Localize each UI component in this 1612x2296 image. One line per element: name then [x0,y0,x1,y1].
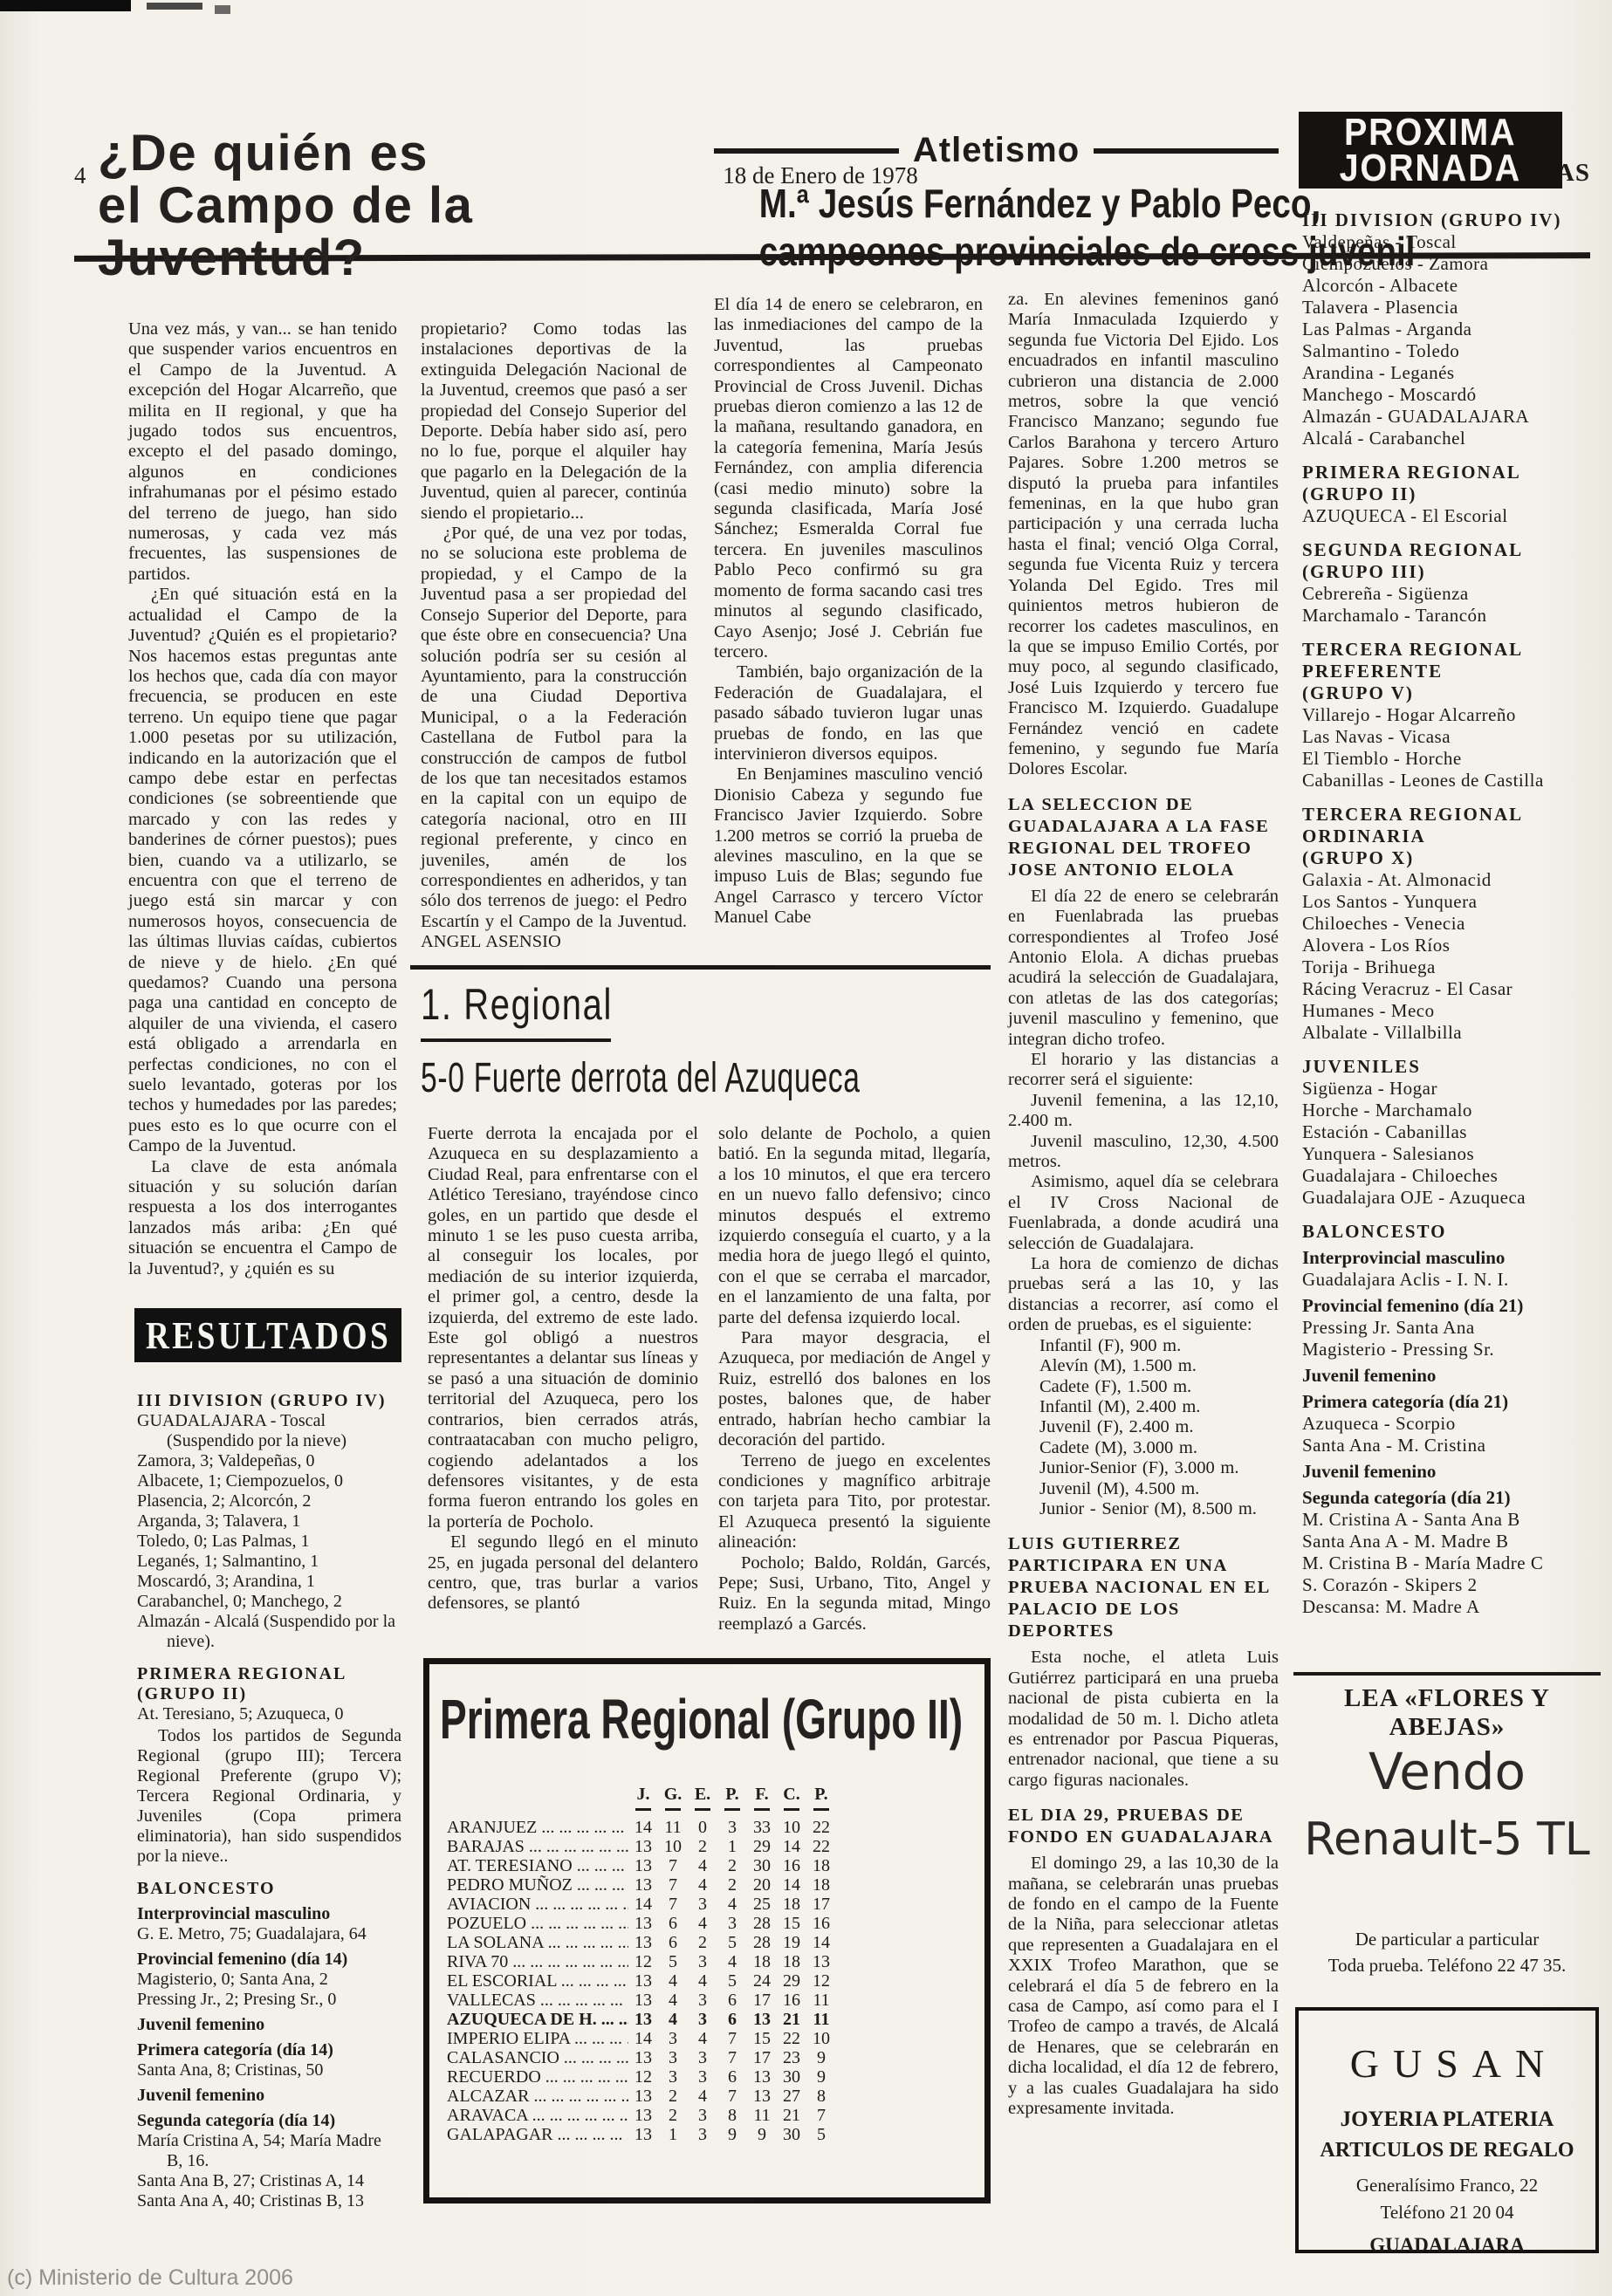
fixture-line: (GRUPO III) [1302,561,1592,583]
fixture-line: Guadalajara - Chiloeches [1302,1165,1592,1187]
team-points: 13 [806,1952,836,1971]
standings-row: RECUERDO ... ... ... ... ... 12 3 3 6 13… [447,2067,967,2087]
result-line: Santa Ana B, 27; Cristinas A, 14 [137,2171,401,2191]
article-campo-col2: propietario? Como todas las instalacione… [421,319,687,953]
fixture-line: Albalate - Villalbilla [1302,1022,1592,1044]
fixture-line: Estación - Cabanillas [1302,1121,1592,1143]
result-line: María Cristina A, 54; María Madre B, 16. [137,2131,401,2171]
team-won: 5 [658,1952,688,1971]
standings-col-p: P. [717,1785,747,1811]
fixture-line: Marchamalo - Tarancón [1302,605,1592,627]
team-points: 22 [806,1837,836,1856]
lea-rule [1293,1672,1601,1676]
paragraph: solo delante de Pocholo, a quien batió. … [718,1124,991,1328]
fixture-line: (GRUPO X) [1302,847,1592,869]
newspaper-page: 4 18 de Enero de 1978 FLORES Y ABEJAS ¿D… [0,0,1612,2296]
result-line: Santa Ana A, 40; Cristinas B, 13 [137,2191,401,2211]
paragraph: Terreno de juego en excelentes condicion… [718,1451,991,1553]
team-lost: 5 [717,1933,747,1952]
fixture-line: Guadalajara OJE - Azuqueca [1302,1187,1592,1209]
fixture-line: Humanes - Meco [1302,1000,1592,1022]
fixture-line: Galaxia - At. Almonacid [1302,869,1592,891]
fixture-line: Alcorcón - Albacete [1302,275,1592,297]
team-goals-against: 15 [777,1914,806,1933]
scan-artifact [147,3,202,10]
standings-row: IMPERIO ELIPA ... ... ... ... 14 3 4 7 1… [447,2029,967,2048]
team-lost: 7 [717,2087,747,2106]
team-points: 22 [806,1818,836,1837]
regional-col2: solo delante de Pocholo, a quien batió. … [718,1124,991,1635]
team-won: 3 [658,2067,688,2087]
team-name: AVIACION ... ... ... ... ... ... [447,1895,628,1914]
paragraph: Cadete (M), 3.000 m. [1008,1438,1279,1458]
team-goals-against: 21 [777,2010,806,2029]
team-lost: 7 [717,2029,747,2048]
fixture-line: Manchego - Moscardó [1302,384,1592,406]
gusan-ad-line1: JOYERIA PLATERIA [1299,2108,1595,2132]
fixture-line: Descansa: M. Madre A [1302,1596,1592,1618]
renault-ad-line2: Renault-5 TL [1293,1813,1601,1866]
team-won: 6 [658,1933,688,1952]
scan-artifact [0,0,131,11]
regional-top-rule [410,965,991,970]
fixture-line: Guadalajara Aclis - I. N. I. [1302,1269,1592,1291]
team-drawn: 3 [688,2125,717,2144]
team-goals-against: 30 [777,2125,806,2144]
team-played: 13 [628,2125,658,2144]
result-line: Moscardó, 3; Arandina, 1 [137,1572,401,1592]
team-name: GALAPAGAR ... ... ... ... ... [447,2125,628,2144]
team-drawn: 3 [688,1895,717,1914]
team-played: 12 [628,1952,658,1971]
team-goals-against: 18 [777,1895,806,1914]
standings-box: Primera Regional (Grupo II) J. G. E. P. … [423,1658,991,2203]
team-goals-against: 16 [777,1856,806,1875]
team-points: 17 [806,1895,836,1914]
paragraph: El día 14 de enero se celebraron, en las… [714,295,983,662]
standings-row: CALASANCIO ... ... ... ... ... 13 3 3 7 … [447,2048,967,2067]
proxima-jornada-line: JORNADA [1340,150,1521,186]
fixture-line: Juvenil femenino [1302,1365,1592,1387]
team-won: 4 [658,2010,688,2029]
team-goals-against: 14 [777,1875,806,1895]
team-goals-for: 18 [747,1952,777,1971]
result-line: Leganés, 1; Salmantino, 1 [137,1552,401,1572]
team-won: 11 [658,1818,688,1837]
team-points: 11 [806,2010,836,2029]
paragraph: za. En alevines femeninos ganó María Inm… [1008,290,1279,780]
team-lost: 5 [717,1971,747,1991]
paragraph: Fuerte derrota la encajada por el Azuque… [428,1124,698,1532]
fixture-line: III DIVISION (GRUPO IV) [1302,209,1592,231]
article-campo-col1: Una vez más, y van... se han tenido que … [128,319,397,1279]
team-drawn: 3 [688,2010,717,2029]
fixture-line: Pressing Jr. Santa Ana [1302,1317,1592,1339]
team-won: 7 [658,1856,688,1875]
result-line: Carabanchel, 0; Manchego, 2 [137,1592,401,1612]
team-lost: 7 [717,2048,747,2067]
team-drawn: 4 [688,1856,717,1875]
result-line: Magisterio, 0; Santa Ana, 2 [137,1970,401,1990]
fixture-line: JUVENILES [1302,1056,1592,1078]
team-points: 8 [806,2087,836,2106]
team-points: 18 [806,1875,836,1895]
fixture-line: (GRUPO V) [1302,682,1592,704]
standings-header: J. G. E. P. F. C. P. [447,1785,967,1811]
team-goals-against: 22 [777,2029,806,2048]
paragraph: El día 22 de enero se celebrarán en Fuen… [1008,887,1279,1050]
result-line: Pressing Jr., 2; Presing Sr., 0 [137,1990,401,2010]
paragraph: Juvenil femenina, a las 12,10, 2.400 m. [1008,1091,1279,1132]
paragraph: Para mayor desgracia, el Azuqueca, por m… [718,1328,991,1450]
team-played: 13 [628,1914,658,1933]
paragraph: La clave de esta anómala situación y su … [128,1157,397,1279]
paragraph: ¿Por qué, de una vez por todas, no se so… [421,524,687,953]
team-lost: 4 [717,1952,747,1971]
paragraph: Asimismo, aquel día se celebrara el IV C… [1008,1172,1279,1254]
standings-row: VALLECAS ... ... ... ... ... ... 13 4 3 … [447,1991,967,2010]
article-campo-title-line: Juventud? [98,232,517,284]
resultados-header: RESULTADOS [145,1313,390,1358]
paragraph: Una vez más, y van... se han tenido que … [128,319,397,585]
team-drawn: 4 [688,2087,717,2106]
result-line: Plasencia, 2; Alcorcón, 2 [137,1491,401,1511]
fixture-line: Salmantino - Toledo [1302,340,1592,362]
team-points: 7 [806,2106,836,2125]
fixture-line: PRIMERA REGIONAL [1302,462,1592,483]
result-line: BALONCESTO [137,1879,401,1899]
standings-row: AVIACION ... ... ... ... ... ... 14 7 3 … [447,1895,967,1914]
paragraph: El segundo llegó en el minuto 25, en jug… [428,1532,698,1614]
team-goals-for: 13 [747,2067,777,2087]
fixture-line: El Tiemblo - Horche [1302,748,1592,770]
team-name: RIVA 70 ... ... ... ... ... ... ... [447,1952,628,1971]
result-line: Arganda, 3; Talavera, 1 [137,1511,401,1532]
result-line: Albacete, 1; Ciempozuelos, 0 [137,1471,401,1491]
team-goals-for: 13 [747,2010,777,2029]
result-line: Primera categoría (día 14) [137,2040,401,2060]
team-goals-for: 29 [747,1837,777,1856]
paragraph: En Benjamines masculino venció Dionisio … [714,764,983,928]
team-played: 13 [628,1856,658,1875]
renault-ad-line3: De particular a particular [1293,1929,1601,1950]
team-name: LA SOLANA ... ... ... ... ... ... [447,1933,628,1952]
regional-col1: Fuerte derrota la encajada por el Azuque… [428,1124,698,1614]
paragraph: Junior - Senior (M), 8.500 m. [1008,1499,1279,1519]
team-name: PEDRO MUÑOZ ... ... ... ... [447,1875,628,1895]
fixture-line: Segunda categoría (día 21) [1302,1487,1592,1509]
result-line: Todos los partidos de Segunda Regional (… [137,1726,401,1867]
team-played: 13 [628,1971,658,1991]
team-goals-against: 14 [777,1837,806,1856]
gusan-ad-line2: ARTICULOS DE REGALO [1299,2139,1595,2162]
paragraph: LUIS GUTIERREZ PARTICIPARA EN UNA PRUEBA… [1008,1533,1279,1642]
team-won: 3 [658,2048,688,2067]
team-lost: 9 [717,2125,747,2144]
team-won: 1 [658,2125,688,2144]
team-played: 14 [628,1818,658,1837]
fixture-line: Las Navas - Vicasa [1302,726,1592,748]
proxima-list: III DIVISION (GRUPO IV)Valdepeñas - Tosc… [1302,197,1592,1618]
team-points: 10 [806,2029,836,2048]
team-won: 7 [658,1875,688,1895]
atletismo-col2: za. En alevines femeninos ganó María Inm… [1008,290,1279,2119]
team-won: 4 [658,1991,688,2010]
result-line: At. Teresiano, 5; Azuqueca, 0 [137,1704,401,1724]
team-points: 12 [806,1971,836,1991]
team-points: 14 [806,1933,836,1952]
result-line: (GRUPO II) [137,1684,401,1704]
team-goals-for: 9 [747,2125,777,2144]
team-goals-against: 10 [777,1818,806,1837]
paragraph: Alevín (M), 1.500 m. [1008,1356,1279,1376]
team-played: 13 [628,2087,658,2106]
paragraph: Junior-Senior (F), 3.000 m. [1008,1458,1279,1478]
atletismo-kicker-row: Atletismo [714,131,1279,170]
team-lost: 6 [717,1991,747,2010]
gusan-ad-box: GUSAN JOYERIA PLATERIA ARTICULOS DE REGA… [1295,2007,1599,2253]
fixture-line: Torija - Brihuega [1302,956,1592,978]
team-goals-for: 25 [747,1895,777,1914]
team-won: 7 [658,1895,688,1914]
team-lost: 6 [717,2067,747,2087]
team-points: 11 [806,1991,836,2010]
team-points: 9 [806,2048,836,2067]
fixture-line: SEGUNDA REGIONAL [1302,539,1592,561]
renault-ad-line4: Toda prueba. Teléfono 22 47 35. [1293,1955,1601,1977]
team-lost: 2 [717,1856,747,1875]
fixture-line: BALONCESTO [1302,1221,1592,1243]
atletismo-kicker: Atletismo [913,131,1080,170]
standings-col-g: G. [658,1785,688,1811]
team-drawn: 4 [688,2029,717,2048]
atletismo-headline-line: M.ª Jesús Fernández y Pablo Peco, [759,180,1233,228]
team-lost: 6 [717,2010,747,2029]
standings-row: LA SOLANA ... ... ... ... ... ... 13 6 2… [447,1933,967,1952]
team-name: VALLECAS ... ... ... ... ... ... [447,1991,628,2010]
standings-row: EL ESCORIAL ... ... ... ... ... 13 4 4 5… [447,1971,967,1991]
paragraph: El horario y las distancias a recorrer s… [1008,1050,1279,1091]
fixture-line: Valdepeñas - Toscal [1302,231,1592,253]
team-points: 18 [806,1856,836,1875]
regional-headline: 5-0 Fuerte derrota del Azuqueca [421,1054,861,1102]
standings-row: ALCAZAR ... ... ... ... ... ... ... 13 2… [447,2087,967,2106]
team-goals-against: 23 [777,2048,806,2067]
team-goals-against: 27 [777,2087,806,2106]
atletismo-col1: El día 14 de enero se celebraron, en las… [714,295,983,929]
paragraph: propietario? Como todas las instalacione… [421,319,687,524]
team-goals-against: 19 [777,1933,806,1952]
team-goals-against: 29 [777,1971,806,1991]
regional-kicker-underline [421,1038,611,1042]
result-line: Provincial femenino (día 14) [137,1950,401,1970]
team-drawn: 0 [688,1818,717,1837]
fixture-line: Cebrereña - Sigüenza [1302,583,1592,605]
fixture-line: Interprovincial masculino [1302,1247,1592,1269]
fixture-line: Yunquera - Salesianos [1302,1143,1592,1165]
team-name: EL ESCORIAL ... ... ... ... ... [447,1971,628,1991]
proxima-jornada-line: PROXIMA [1344,114,1516,150]
paragraph: Juvenil masculino, 12,30, 4.500 metros. [1008,1132,1279,1173]
fixture-line: Primera categoría (día 21) [1302,1391,1592,1413]
fixture-line: Alcalá - Carabanchel [1302,428,1592,449]
fixture-line: Juvenil femenino [1302,1461,1592,1483]
team-drawn: 3 [688,2106,717,2125]
team-played: 13 [628,2010,658,2029]
team-lost: 8 [717,2106,747,2125]
team-goals-for: 28 [747,1914,777,1933]
standings-row: POZUELO ... ... ... ... ... ... 13 6 4 3… [447,1914,967,1933]
resultados-list: III DIVISION (GRUPO IV)GUADALAJARA - Tos… [137,1379,401,2211]
team-drawn: 2 [688,1837,717,1856]
paragraph: La hora de comienzo de dichas pruebas se… [1008,1254,1279,1336]
result-line: III DIVISION (GRUPO IV) [137,1391,401,1411]
gusan-ad-line3: Generalísimo Franco, 22 [1299,2175,1595,2197]
standings-rows: ARANJUEZ ... ... ... ... ... ... 14 11 0… [447,1818,967,2144]
fixture-line: Ciempozuelos - Zamora [1302,253,1592,275]
team-drawn: 3 [688,1952,717,1971]
article-campo-title-line: ¿De quién es [98,127,517,180]
team-won: 2 [658,2087,688,2106]
atletismo-headline: M.ª Jesús Fernández y Pablo Peco,campeon… [714,180,1279,276]
team-lost: 1 [717,1837,747,1856]
kicker-rule-left [714,148,899,154]
team-played: 12 [628,2067,658,2087]
result-line: Almazán - Alcalá (Suspendido por la niev… [137,1612,401,1652]
scan-artifact [215,5,230,14]
fixture-line: Villarejo - Hogar Alcarreño [1302,704,1592,726]
team-goals-for: 15 [747,2029,777,2048]
standings-row: ARAVACA ... ... ... ... ... ... 13 2 3 8… [447,2106,967,2125]
team-drawn: 4 [688,1875,717,1895]
fixture-line: Almazán - GUADALAJARA [1302,406,1592,428]
team-lost: 3 [717,1818,747,1837]
kicker-rule-right [1094,148,1279,154]
fixture-line: PREFERENTE [1302,661,1592,682]
gusan-ad-line4: Teléfono 21 20 04 [1299,2202,1595,2224]
result-line: Juvenil femenino [137,2015,401,2035]
fixture-line: ORDINARIA [1302,826,1592,847]
standings-row: ARANJUEZ ... ... ... ... ... ... 14 11 0… [447,1818,967,1837]
paragraph: Pocholo; Baldo, Roldán, Garcés, Pepe; Su… [718,1553,991,1635]
team-name: ARANJUEZ ... ... ... ... ... ... [447,1818,628,1837]
result-line: Interprovincial masculino [137,1904,401,1924]
team-name: AZUQUECA DE H. ... ... ... [447,2010,628,2029]
standings-row: AZUQUECA DE H. ... ... ... 13 4 3 6 13 2… [447,2010,967,2029]
result-line: Toledo, 0; Las Palmas, 1 [137,1532,401,1552]
fixture-line: (GRUPO II) [1302,483,1592,505]
paragraph: Juvenil (F), 2.400 m. [1008,1417,1279,1437]
team-points: 5 [806,2125,836,2144]
fixture-line: Cabanillas - Leones de Castilla [1302,770,1592,792]
standings-col-e: E. [688,1785,717,1811]
team-goals-against: 18 [777,1952,806,1971]
team-name: ALCAZAR ... ... ... ... ... ... ... [447,2087,628,2106]
fixture-line: Provincial femenino (día 21) [1302,1295,1592,1317]
result-line: Segunda categoría (día 14) [137,2111,401,2131]
fixture-line: Horche - Marchamalo [1302,1100,1592,1121]
team-played: 13 [628,2048,658,2067]
paragraph: Infantil (M), 2.400 m. [1008,1397,1279,1417]
team-played: 13 [628,1875,658,1895]
fixture-line: Talavera - Plasencia [1302,297,1592,319]
team-won: 4 [658,1971,688,1991]
standings-col-f: F. [747,1785,777,1811]
fixture-line: Sigüenza - Hogar [1302,1078,1592,1100]
standings-row: RIVA 70 ... ... ... ... ... ... ... 12 5… [447,1952,967,1971]
team-goals-for: 28 [747,1933,777,1952]
team-won: 3 [658,2029,688,2048]
fixture-line: TERCERA REGIONAL [1302,804,1592,826]
standings-title: Primera Regional (Grupo II) [440,1687,832,1751]
team-goals-for: 13 [747,2087,777,2106]
team-goals-for: 24 [747,1971,777,1991]
team-goals-for: 33 [747,1818,777,1837]
standings-row: AT. TERESIANO ... ... ... ... 13 7 4 2 3… [447,1856,967,1875]
archive-watermark: (c) Ministerio de Cultura 2006 [7,2265,293,2291]
fixture-line: Magisterio - Pressing Sr. [1302,1339,1592,1360]
team-goals-against: 21 [777,2106,806,2125]
team-name: POZUELO ... ... ... ... ... ... [447,1914,628,1933]
team-played: 13 [628,2106,658,2125]
gusan-ad-name: GUSAN [1299,2040,1595,2087]
team-goals-against: 16 [777,1991,806,2010]
team-drawn: 4 [688,1971,717,1991]
team-won: 2 [658,2106,688,2125]
fixture-line: Chiloeches - Venecia [1302,913,1592,935]
result-line: Santa Ana, 8; Cristinas, 50 [137,2060,401,2080]
team-lost: 3 [717,1914,747,1933]
article-campo-title-line: el Campo de la [98,180,517,232]
fixture-line: M. Cristina A - Santa Ana B [1302,1509,1592,1531]
paragraph: Infantil (F), 900 m. [1008,1336,1279,1356]
resultados-header-box: RESULTADOS [134,1308,401,1362]
team-played: 13 [628,1837,658,1856]
result-line: GUADALAJARA - Toscal (Suspendido por la … [137,1411,401,1451]
team-name: CALASANCIO ... ... ... ... ... [447,2048,628,2067]
standings-header-spacer [447,1785,628,1811]
team-lost: 2 [717,1875,747,1895]
atletismo-headline-line: campeones provinciales de cross juvenil [759,228,1233,276]
team-won: 6 [658,1914,688,1933]
lea-banner: LEA «FLORES Y ABEJAS» [1293,1684,1601,1742]
standings-row: PEDRO MUÑOZ ... ... ... ... 13 7 4 2 20 … [447,1875,967,1895]
fixture-line: S. Corazón - Skipers 2 [1302,1574,1592,1596]
team-drawn: 3 [688,2048,717,2067]
fixture-line: Las Palmas - Arganda [1302,319,1592,340]
regional-kicker: 1. Regional [421,979,613,1030]
paragraph: EL DIA 29, PRUEBAS DE FONDO EN GUADALAJA… [1008,1805,1279,1848]
result-line: Juvenil femenino [137,2086,401,2106]
team-played: 14 [628,1895,658,1914]
team-drawn: 3 [688,2067,717,2087]
fixture-line: Rácing Veracruz - El Casar [1302,978,1592,1000]
team-drawn: 4 [688,1914,717,1933]
fixture-line: Santa Ana - M. Cristina [1302,1435,1592,1456]
paragraph: ¿En qué situación está en la actualidad … [128,585,397,1156]
proxima-jornada-box: PROXIMAJORNADA [1299,112,1562,188]
team-name: RECUERDO ... ... ... ... ... [447,2067,628,2087]
team-name: IMPERIO ELIPA ... ... ... ... [447,2029,628,2048]
paragraph: Cadete (F), 1.500 m. [1008,1377,1279,1397]
standings-row: BARAJAS ... ... ... ... ... ... 13 10 2 … [447,1837,967,1856]
team-won: 10 [658,1837,688,1856]
renault-ad-line1: Vendo [1293,1742,1601,1801]
team-played: 13 [628,1991,658,2010]
paragraph: También, bajo organización de la Federac… [714,662,983,764]
paragraph: Juvenil (M), 4.500 m. [1008,1479,1279,1499]
team-points: 16 [806,1914,836,1933]
